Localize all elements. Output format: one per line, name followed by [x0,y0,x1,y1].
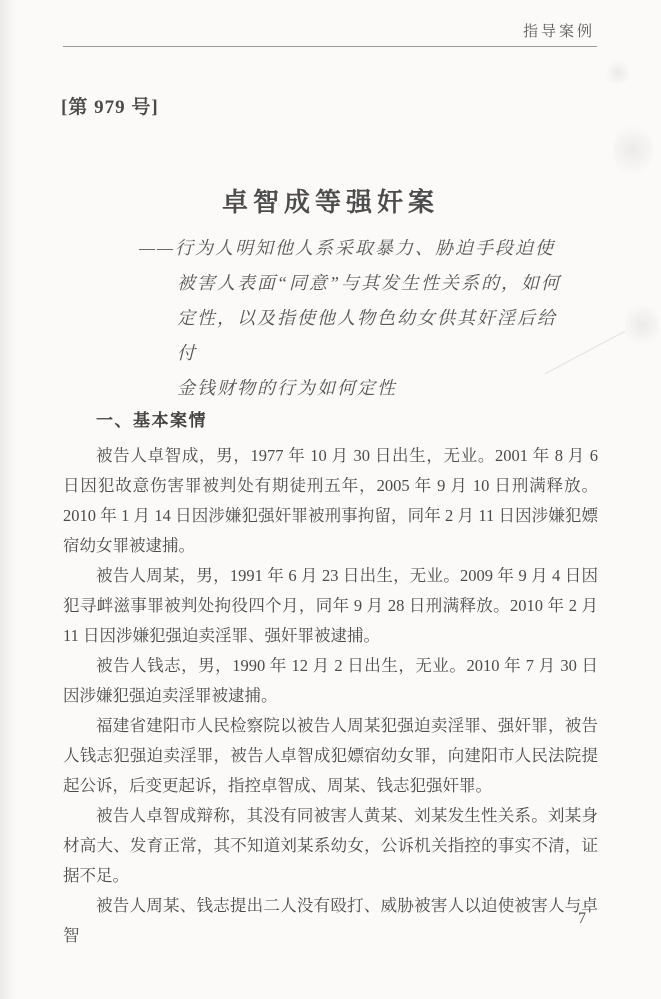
header-rule [63,46,597,47]
scan-speckle [605,60,631,86]
scan-speckle [625,300,659,350]
page-title: 卓智成等强奸案 [0,182,661,219]
body-paragraph: 被告人周某、钱志提出二人没有殴打、威胁被害人以迫使被害人与卓智 [63,891,598,951]
subtitle-line: 定性，以及指使他人物色幼女供其奸淫后给付 [177,301,563,371]
subtitle-line: 被害人表面“同意”与其发生性关系的，如何 [177,266,563,301]
body-text: 被告人卓智成，男，1977 年 10 月 30 日出生，无业。2001 年 8 … [63,441,598,951]
subtitle-line: 金钱财物的行为如何定性 [177,371,563,406]
subtitle-line: ——行为人明知他人系采取暴力、胁迫手段迫使 [139,231,563,266]
scan-speckle [613,120,653,180]
section-heading: 一、基本案情 [96,406,207,431]
running-header: 指导案例 [523,20,595,41]
body-paragraph: 被告人卓智成，男，1977 年 10 月 30 日出生，无业。2001 年 8 … [63,441,598,561]
body-paragraph: 福建省建阳市人民检察院以被告人周某犯强迫卖淫罪、强奸罪，被告人钱志犯强迫卖淫罪，… [63,711,598,801]
body-paragraph: 被告人钱志，男，1990 年 12 月 2 日出生，无业。2010 年 7 月 … [63,651,598,711]
page-number: 7 [578,910,587,928]
scanned-document-page: 指导案例 [第 979 号] 卓智成等强奸案 ——行为人明知他人系采取暴力、胁迫… [0,0,661,999]
case-subtitle: ——行为人明知他人系采取暴力、胁迫手段迫使 被害人表面“同意”与其发生性关系的，… [139,231,563,406]
case-number: [第 979 号] [61,92,159,119]
body-paragraph: 被告人周某，男，1991 年 6 月 23 日出生，无业。2009 年 9 月 … [63,561,598,651]
body-paragraph: 被告人卓智成辩称，其没有同被害人黄某、刘某发生性关系。刘某身材高大、发育正常，其… [63,801,598,891]
scan-gutter-shadow [0,0,18,999]
